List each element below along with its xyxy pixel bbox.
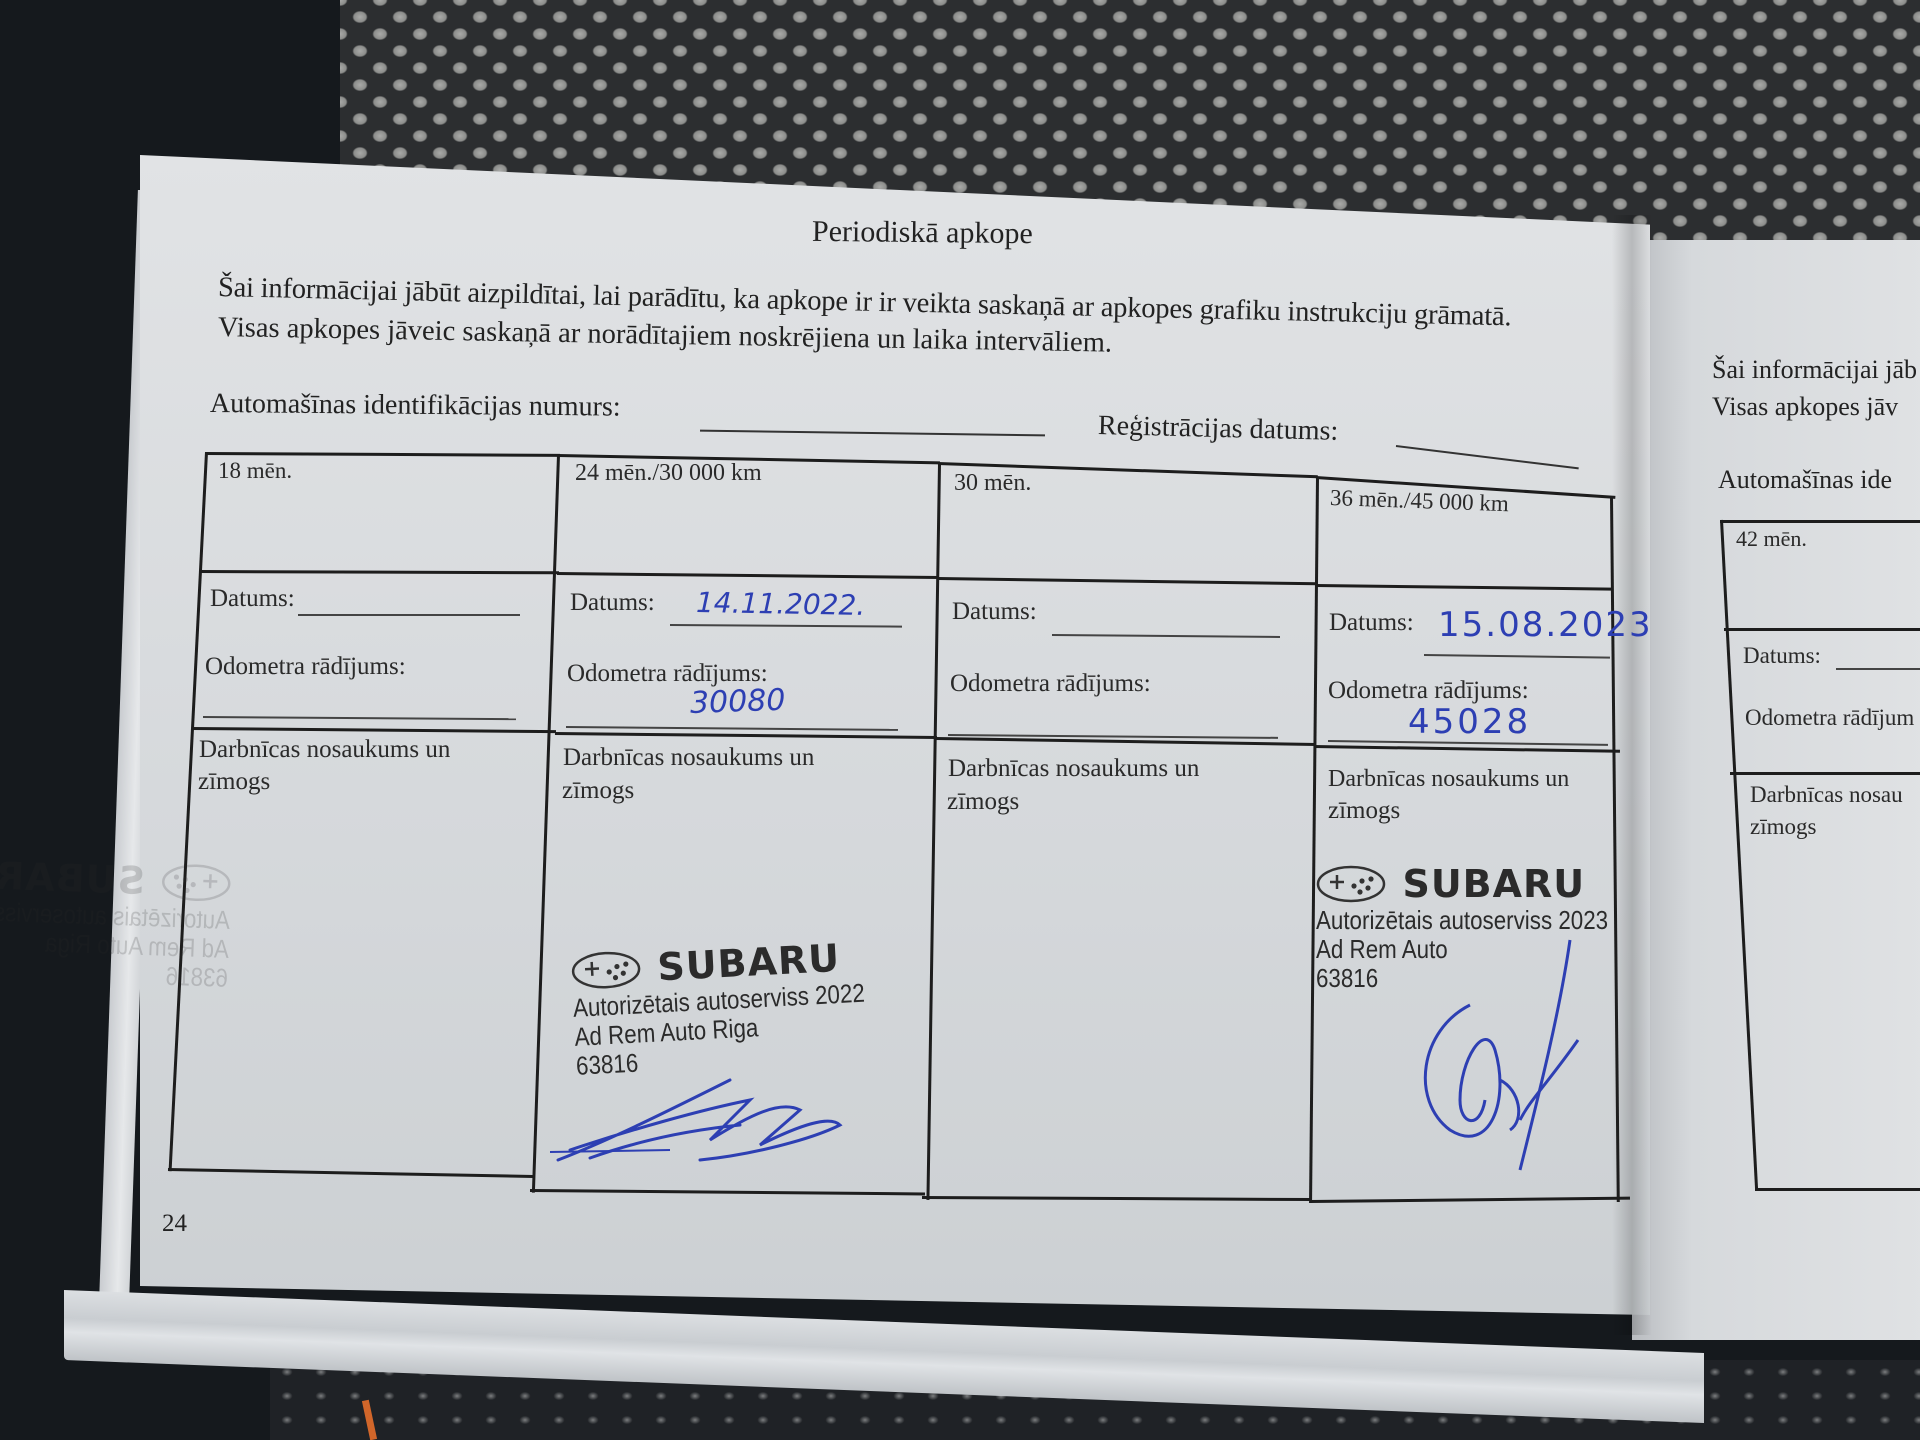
workshop-label-2: zīmogs (1328, 797, 1400, 825)
subaru-service-stamp: SUBARU Autorizētais autoserviss 2022 Ad … (570, 932, 916, 1081)
odometer-label: Odometra rādījums: (950, 670, 1151, 698)
right-date-label: Datums: (1743, 643, 1821, 669)
workshop-label-2: zīmogs (562, 777, 634, 805)
date-label: Datums: (952, 598, 1037, 626)
right-workshop-label-2: zīmogs (1750, 814, 1816, 840)
right-workshop-label: Darbnīcas nosau (1750, 782, 1903, 808)
handwritten-odometer: 30080 (689, 683, 786, 721)
right-intro-line-2: Visas apkopes jāv (1712, 392, 1898, 422)
page-title: Periodiskā apkope (812, 215, 1033, 251)
date-label: Datums: (570, 589, 655, 617)
right-vin-label: Automašīnas ide (1718, 465, 1892, 495)
handwritten-odometer: 45028 (1408, 702, 1531, 742)
right-interval-header: 42 mēn. (1736, 526, 1807, 552)
vin-label: Automašīnas identifikācijas numurs: (210, 388, 621, 424)
stamp-brand: SUBARU (0, 853, 146, 903)
workshop-label: Darbnīcas nosaukums un (563, 744, 814, 772)
date-label: Datums: (210, 585, 295, 613)
interval-header: 18 mēn. (218, 458, 292, 484)
interval-header: 24 mēn./30 000 km (575, 460, 762, 487)
workshop-label: Darbnīcas nosaukums un (948, 755, 1199, 783)
registration-date-label: Reģistrācijas datums: (1098, 410, 1339, 448)
stamp-brand: SUBARU (1402, 862, 1585, 906)
subaru-logo-icon (1316, 865, 1386, 903)
signature-2023 (1400, 930, 1600, 1180)
date-field[interactable] (298, 614, 520, 616)
handwritten-date: 15.08.2023 (1438, 605, 1653, 645)
workshop-label: Darbnīcas nosaukums un (1328, 766, 1569, 793)
right-date-field[interactable] (1836, 668, 1920, 670)
workshop-label-2: zīmogs (198, 768, 270, 796)
right-intro-line-1: Šai informācijai jāb (1712, 355, 1917, 385)
odometer-label: Odometra rādījums: (205, 653, 406, 681)
faded-subaru-stamp: SUBARU Autorizētais autoserviss 2022 Ad … (0, 850, 232, 993)
handwritten-date: 14.11.2022. (696, 586, 866, 622)
odometer-label: Odometra rādījums: (1328, 677, 1529, 705)
subaru-logo-icon (570, 949, 642, 991)
right-odometer-label: Odometra rādījum (1745, 705, 1914, 731)
page-number: 24 (162, 1210, 187, 1238)
date-label: Datums: (1329, 609, 1414, 637)
subaru-logo-icon (161, 863, 232, 903)
workshop-label-2: zīmogs (947, 788, 1019, 816)
workshop-label: Darbnīcas nosaukums un (199, 736, 450, 764)
interval-header: 30 mēn. (954, 470, 1031, 497)
signature-2022 (550, 1070, 850, 1170)
